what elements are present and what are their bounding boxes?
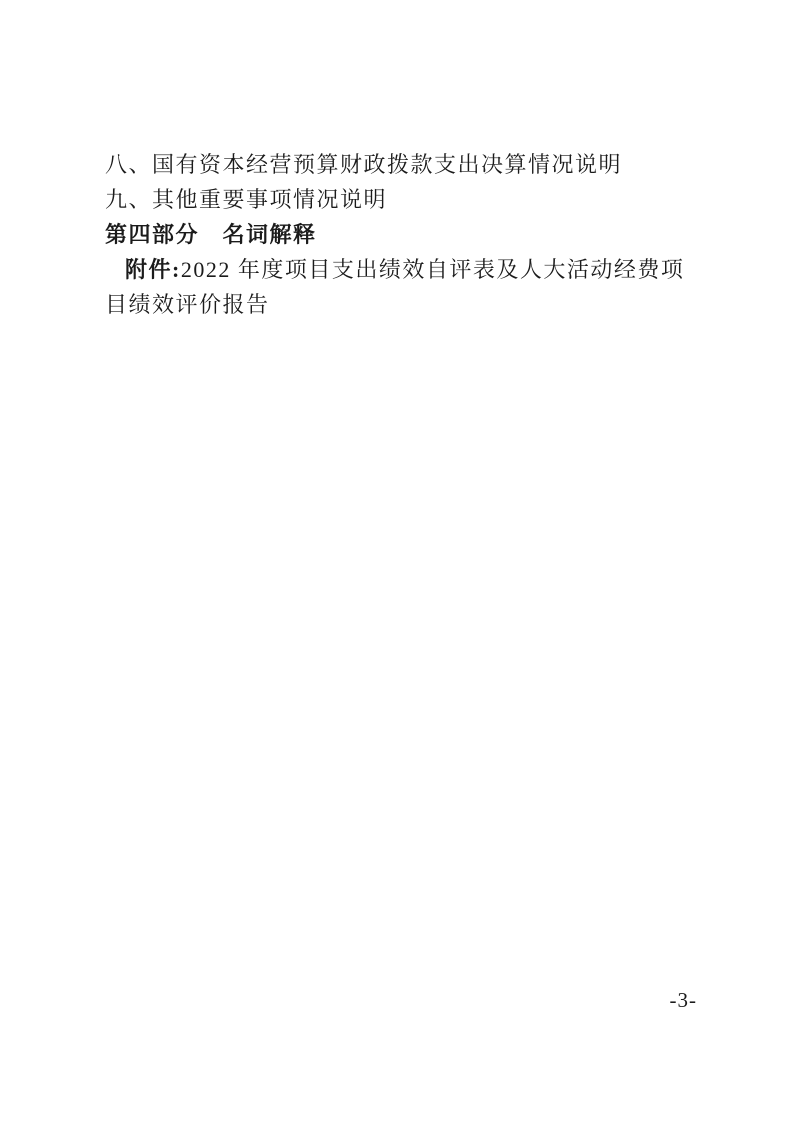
- attachment-paragraph: 附件:2022 年度项目支出绩效自评表及人大活动经费项: [105, 252, 705, 287]
- toc-item-9: 九、其他重要事项情况说明: [105, 182, 705, 217]
- section-heading: 第四部分 名词解释: [105, 217, 705, 252]
- document-body: 八、国有资本经营预算财政拨款支出决算情况说明 九、其他重要事项情况说明 第四部分…: [105, 147, 705, 322]
- attachment-text-line1: 2022 年度项目支出绩效自评表及人大活动经费项: [181, 257, 685, 282]
- attachment-text-line2: 目绩效评价报告: [105, 287, 705, 322]
- page-footer: -3-: [105, 988, 697, 1012]
- toc-item-8: 八、国有资本经营预算财政拨款支出决算情况说明: [105, 147, 705, 182]
- page-number: -3-: [670, 988, 698, 1012]
- document-page: 八、国有资本经营预算财政拨款支出决算情况说明 九、其他重要事项情况说明 第四部分…: [0, 0, 793, 1122]
- attachment-label: 附件:: [125, 257, 181, 282]
